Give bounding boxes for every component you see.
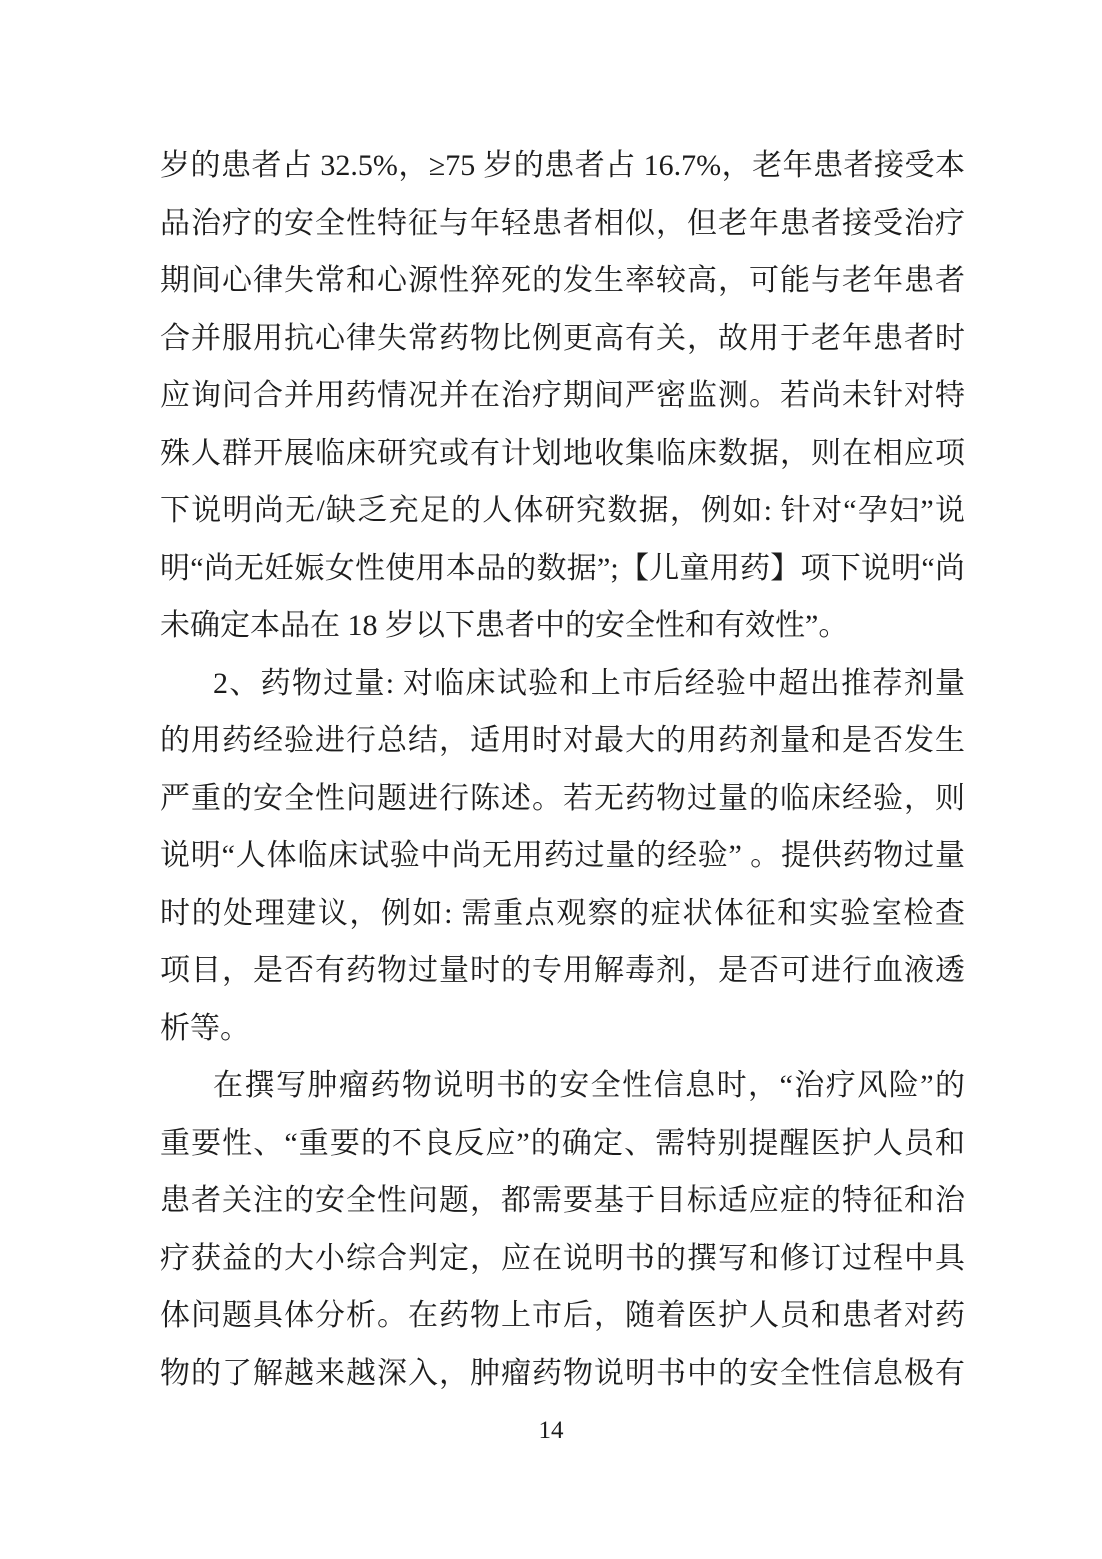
text-line: 岁的患者占 32.5%，≥75 岁的患者占 16.7%，老年患者接受本: [160, 137, 965, 195]
text-line: 析等。: [160, 1000, 965, 1058]
document-page: 岁的患者占 32.5%，≥75 岁的患者占 16.7%，老年患者接受本 品治疗的…: [0, 0, 1102, 1559]
text-line: 在撰写肿瘤药物说明书的安全性信息时，“治疗风险”的: [160, 1057, 965, 1115]
text-line: 未确定本品在 18 岁以下患者中的安全性和有效性”。: [160, 597, 965, 655]
text-line: 殊人群开展临床研究或有计划地收集临床数据，则在相应项: [160, 425, 965, 483]
text-line: 项目，是否有药物过量时的专用解毒剂，是否可进行血液透: [160, 942, 965, 1000]
text-line: 应询问合并用药情况并在治疗期间严密监测。若尚未针对特: [160, 367, 965, 425]
text-line: 合并服用抗心律失常药物比例更高有关，故用于老年患者时: [160, 310, 965, 368]
text-line: 患者关注的安全性问题，都需要基于目标适应症的特征和治: [160, 1172, 965, 1230]
page-number: 14: [0, 1415, 1102, 1447]
text-line: 说明“人体临床试验中尚无用药过量的经验” 。提供药物过量: [160, 827, 965, 885]
text-line: 疗获益的大小综合判定，应在说明书的撰写和修订过程中具: [160, 1230, 965, 1288]
text-body: 岁的患者占 32.5%，≥75 岁的患者占 16.7%，老年患者接受本 品治疗的…: [160, 137, 965, 1402]
text-line: 重要性、“重要的不良反应”的确定、需特别提醒医护人员和: [160, 1115, 965, 1173]
text-line: 物的了解越来越深入，肿瘤药物说明书中的安全性信息极有: [160, 1345, 965, 1403]
text-line: 严重的安全性问题进行陈述。若无药物过量的临床经验，则: [160, 770, 965, 828]
text-line: 品治疗的安全性特征与年轻患者相似，但老年患者接受治疗: [160, 195, 965, 253]
text-line: 的用药经验进行总结，适用时对最大的用药剂量和是否发生: [160, 712, 965, 770]
text-line: 下说明尚无/缺乏充足的人体研究数据，例如: 针对“孕妇”说: [160, 482, 965, 540]
text-line: 2、药物过量: 对临床试验和上市后经验中超出推荐剂量: [160, 655, 965, 713]
text-line: 时的处理建议，例如: 需重点观察的症状体征和实验室检查: [160, 885, 965, 943]
text-line: 明“尚无妊娠女性使用本品的数据”;【儿童用药】项下说明“尚: [160, 540, 965, 598]
text-line: 期间心律失常和心源性猝死的发生率较高，可能与老年患者: [160, 252, 965, 310]
text-line: 体问题具体分析。在药物上市后，随着医护人员和患者对药: [160, 1287, 965, 1345]
